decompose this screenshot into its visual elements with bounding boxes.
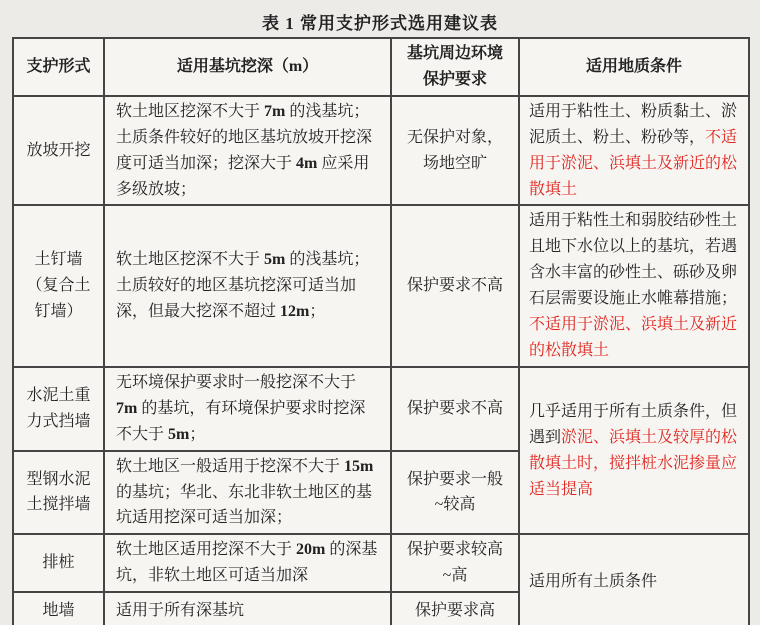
header-row: 支护形式 适用基坑挖深（m） 基坑周边环境 保护要求 适用地质条件 <box>13 38 749 96</box>
cell-geology-piles-diaphragm-merged: 适用所有土质条件 <box>519 534 749 625</box>
cell-protection-row-piles: 保护要求较高 ~高 <box>391 534 519 592</box>
cell-protection-diaphragm-wall: 保护要求高 <box>391 592 519 625</box>
cell-form-soil-nail-wall: 土钉墙 （复合土 钉墙） <box>13 205 104 366</box>
cell-protection-slope-excavation: 无保护对象， 场地空旷 <box>391 96 519 206</box>
cell-geology-soil-nail-wall: 适用于粘性土和弱胶结砂性土且地下水位以上的基坑，若遇含水丰富的砂性土、砾砂及卵石… <box>519 205 749 366</box>
cell-depth-cement-gravity-wall: 无环境保护要求时一般挖深不大于 7m 的基坑，有环境保护要求时挖深不大于 5m； <box>104 367 391 451</box>
header-geological-conditions: 适用地质条件 <box>519 38 749 96</box>
table-title: 表 1 常用支护形式选用建议表 <box>0 9 760 34</box>
table-row-cement-gravity-wall: 水泥土重 力式挡墙 无环境保护要求时一般挖深不大于 7m 的基坑，有环境保护要求… <box>13 367 749 451</box>
cell-depth-steel-cement-mixing-wall: 软土地区一般适用于挖深不大于 15m 的基坑；华北、东北非软土地区的基坑适用挖深… <box>104 451 391 535</box>
cell-protection-steel-cement-mixing-wall: 保护要求一般 ~较高 <box>391 451 519 535</box>
cell-geology-slope-excavation: 适用于粘性土、粉质黏土、淤泥质土、粉土、粉砂等，不适用于淤泥、浜填土及新近的松散… <box>519 96 749 206</box>
cell-form-cement-gravity-wall: 水泥土重 力式挡墙 <box>13 367 104 451</box>
cell-depth-diaphragm-wall: 适用于所有深基坑 <box>104 592 391 625</box>
table-row-slope-excavation: 放坡开挖 软土地区挖深不大于 7m 的浅基坑；土质条件较好的地区基坑放坡开挖深度… <box>13 96 749 206</box>
cell-form-slope-excavation: 放坡开挖 <box>13 96 104 206</box>
cell-protection-soil-nail-wall: 保护要求不高 <box>391 205 519 366</box>
cell-depth-soil-nail-wall: 软土地区挖深不大于 5m 的浅基坑；土质较好的地区基坑挖深可适当加深，但最大挖深… <box>104 205 391 366</box>
header-support-form: 支护形式 <box>13 38 104 96</box>
cell-geology-cement-walls-merged: 几乎适用于所有土质条件，但遇到淤泥、浜填土及较厚的松散填土时，搅拌桩水泥掺量应适… <box>519 367 749 534</box>
support-selection-table: 支护形式 适用基坑挖深（m） 基坑周边环境 保护要求 适用地质条件 放坡开挖 软… <box>12 37 750 625</box>
header-environment-protection: 基坑周边环境 保护要求 <box>391 38 519 96</box>
table-row-soil-nail-wall: 土钉墙 （复合土 钉墙） 软土地区挖深不大于 5m 的浅基坑；土质较好的地区基坑… <box>13 205 749 366</box>
cell-form-row-piles: 排桩 <box>13 534 104 592</box>
cell-protection-cement-gravity-wall: 保护要求不高 <box>391 367 519 451</box>
table-row-row-piles: 排桩 软土地区适用挖深不大于 20m 的深基坑，非软土地区可适当加深 保护要求较… <box>13 534 749 592</box>
cell-depth-slope-excavation: 软土地区挖深不大于 7m 的浅基坑；土质条件较好的地区基坑放坡开挖深度可适当加深… <box>104 96 391 206</box>
cell-form-diaphragm-wall: 地墙 <box>13 592 104 625</box>
cell-depth-row-piles: 软土地区适用挖深不大于 20m 的深基坑，非软土地区可适当加深 <box>104 534 391 592</box>
header-excavation-depth: 适用基坑挖深（m） <box>104 38 391 96</box>
cell-form-steel-cement-mixing-wall: 型钢水泥 土搅拌墙 <box>13 451 104 535</box>
document-page: 表 1 常用支护形式选用建议表 支护形式 适用基坑挖深（m） 基坑周边环境 保护… <box>0 0 760 625</box>
